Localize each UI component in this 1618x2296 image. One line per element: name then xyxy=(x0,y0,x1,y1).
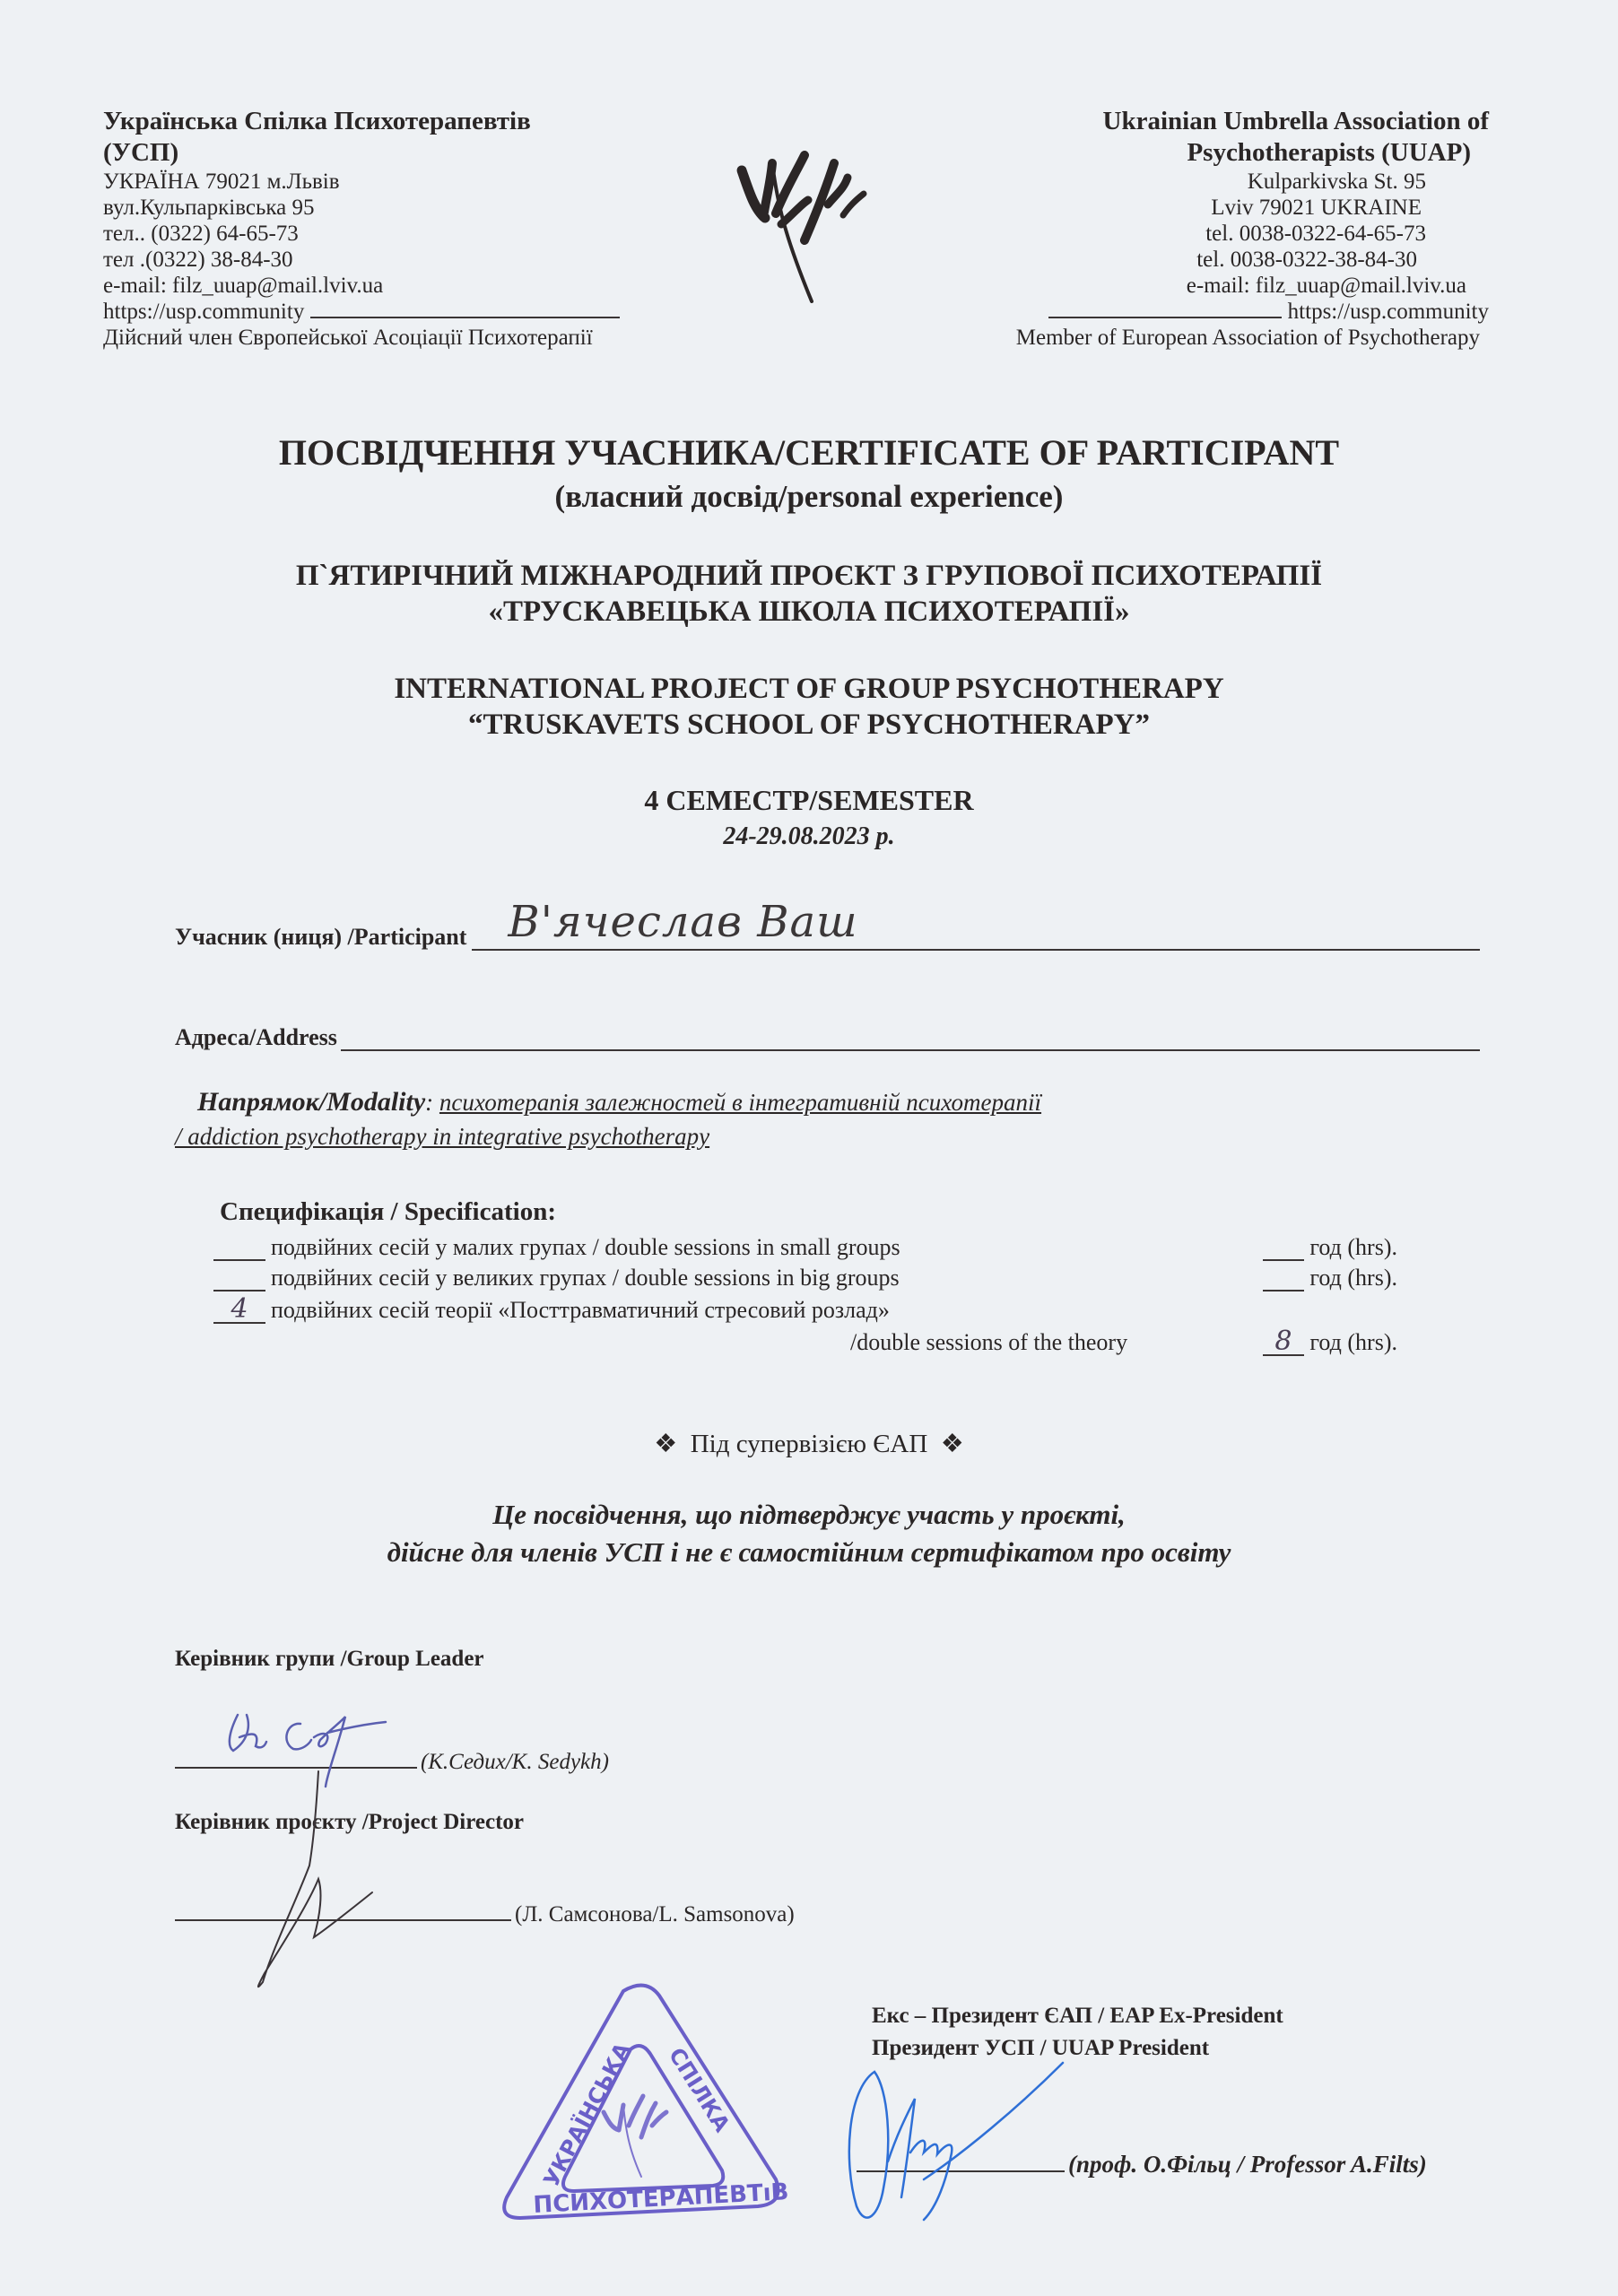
spec-row-theory: 4подвійних сесій теорії «Посттравматични… xyxy=(213,1297,1397,1327)
membership-ua: Дійсний член Європейської Асоціації Псих… xyxy=(103,325,677,351)
diamond-bullet-icon: ❖ xyxy=(941,1430,964,1458)
address-line-ua-1: УКРАЇНА 79021 м.Львів xyxy=(103,169,677,195)
organization-stamp: УКРАЇНСЬКА СПІЛКА ПСИХОТЕРАПЕВТıВ xyxy=(498,1978,794,2229)
specification-title: Специфікація / Specification: xyxy=(220,1197,556,1227)
address-label: Адреса/Address xyxy=(175,1024,337,1051)
org-abbr-ua: (УСП) xyxy=(103,137,677,169)
participant-name: В'ячеслав Ваш xyxy=(508,897,857,947)
membership-en: Member of European Association of Psycho… xyxy=(951,325,1489,351)
dates: 24-29.08.2023 р. xyxy=(0,821,1618,853)
validity-notice: Це посвідчення, що підтверджує участь у … xyxy=(0,1496,1618,1571)
diamond-bullet-icon: ❖ xyxy=(654,1430,677,1458)
address-field[interactable] xyxy=(341,1022,1480,1051)
president-signature-icon xyxy=(839,2054,1090,2233)
spec-row-theory-en: /double sessions of the theory 8 год (hr… xyxy=(213,1329,1397,1360)
header-divider-left xyxy=(310,317,620,318)
header-right: Ukrainian Umbrella Association of Psycho… xyxy=(951,106,1489,351)
phone-en-1: tel. 0038-0322-64-65-73 xyxy=(951,221,1489,247)
project-title-ua: П`ЯТИРІЧНИЙ МІЖНАРОДНИЙ ПРОЄКТ З ГРУПОВО… xyxy=(0,558,1618,630)
participant-row: Учасник (ниця) /Participant В'ячеслав Ва… xyxy=(175,913,1480,951)
small-groups-hours-field[interactable] xyxy=(1263,1234,1304,1261)
spec-row-big-groups: подвійних сесій у великих групах / doubl… xyxy=(213,1265,1397,1295)
org-name-ua: Українська Спілка Психотерапевтів xyxy=(103,106,677,137)
address-line-ua-2: вул.Кульпарківська 95 xyxy=(103,195,677,221)
certificate-subtitle: (власний досвід/personal experience) xyxy=(0,477,1618,517)
project-title-en: INTERNATIONAL PROJECT OF GROUP PSYCHOTHE… xyxy=(0,671,1618,743)
participant-label: Учасник (ниця) /Participant xyxy=(175,924,466,951)
president-title-eap: Екс – Президент ЄАП / EAP Ex-President xyxy=(872,2000,1283,2032)
participant-field[interactable]: В'ячеслав Ваш xyxy=(472,913,1480,951)
modality: Напрямок/Modality: психотерапія залежнос… xyxy=(175,1085,1341,1153)
modality-label: Напрямок/Modality xyxy=(175,1087,425,1117)
group-leader-signature-line[interactable] xyxy=(175,1704,417,1769)
supervision-note: ❖ Під супервізією ЄАП ❖ xyxy=(0,1428,1618,1459)
president-signature-line[interactable] xyxy=(857,2126,1065,2172)
president-signature-row: (проф. О.Фільц / Professor A.Filts) xyxy=(857,2126,1427,2179)
semester: 4 СЕМЕСТР/SEMESTER xyxy=(0,782,1618,818)
project-director-signature-row: (Л. Самсонова/L. Samsonova) xyxy=(175,1870,795,1927)
big-groups-count-field[interactable] xyxy=(213,1265,265,1291)
stamp-triangle-icon: УКРАЇНСЬКА СПІЛКА ПСИХОТЕРАПЕВТıВ xyxy=(498,1978,794,2229)
phone-en-2: tel. 0038-0322-38-84-30 xyxy=(951,247,1489,273)
uusp-logo-icon xyxy=(731,151,874,303)
theory-count-field[interactable]: 4 xyxy=(213,1297,265,1324)
phone-ua-1: тел.. (0322) 64-65-73 xyxy=(103,221,677,247)
certificate-title: ПОСВІДЧЕННЯ УЧАСНИКА/CERTIFICATE OF PART… xyxy=(0,430,1618,475)
project-director-signature-line[interactable] xyxy=(175,1870,511,1921)
big-groups-hours-field[interactable] xyxy=(1263,1265,1304,1291)
website-en: https://usp.community xyxy=(1288,300,1489,324)
email-en: e-mail: filz_uuap@mail.lviv.ua xyxy=(951,273,1489,299)
modality-value-en: / addiction psychotherapy in integrative… xyxy=(175,1123,709,1150)
spec-row-small-groups: подвійних сесій у малих групах / double … xyxy=(213,1234,1397,1265)
header-left: Українська Спілка Психотерапевтів (УСП) … xyxy=(103,106,677,351)
group-leader-name: (К.Седих/K. Sedykh) xyxy=(421,1750,609,1774)
president-name: (проф. О.Фільц / Professor A.Filts) xyxy=(1068,2151,1427,2178)
small-groups-count-field[interactable] xyxy=(213,1234,265,1261)
header-divider-right xyxy=(1048,317,1282,318)
website-ua: https://usp.community xyxy=(103,300,304,324)
group-leader-signature-row: (К.Седих/K. Sedykh) xyxy=(175,1704,609,1775)
phone-ua-2: тел .(0322) 38-84-30 xyxy=(103,247,677,273)
address-line-en-2: Lviv 79021 UKRAINE xyxy=(951,195,1489,221)
org-name-en-2: Psychotherapists (UUAP) xyxy=(951,137,1489,169)
modality-value-ua: психотерапія залежностей в інтегративній… xyxy=(439,1089,1041,1116)
address-row: Адреса/Address xyxy=(175,1022,1480,1051)
address-line-en-1: Kulparkivska St. 95 xyxy=(951,169,1489,195)
org-name-en-1: Ukrainian Umbrella Association of xyxy=(951,106,1489,137)
theory-hours-field[interactable]: 8 xyxy=(1263,1329,1304,1356)
email-ua: e-mail: filz_uuap@mail.lviv.ua xyxy=(103,273,677,299)
group-leader-label: Керівник групи /Group Leader xyxy=(175,1647,484,1672)
project-director-signature-icon xyxy=(247,1767,408,1996)
project-director-name: (Л. Самсонова/L. Samsonova) xyxy=(515,1902,795,1926)
